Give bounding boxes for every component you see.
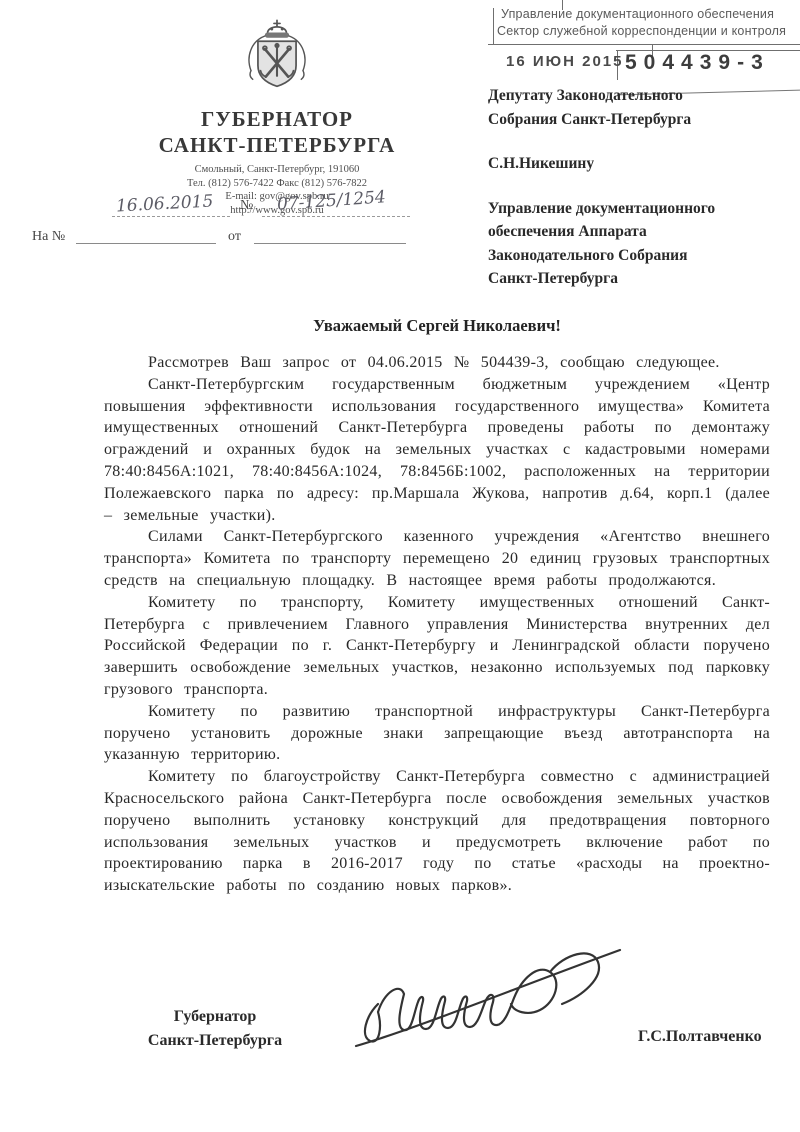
letterhead-title-line2: САНКТ-ПЕТЕРБУРГА: [118, 132, 436, 158]
recipient-line: Санкт-Петербурга: [488, 267, 790, 291]
stamp-department-line: Управление документационного обеспечения: [501, 7, 774, 21]
reply-from-label: от: [228, 229, 241, 245]
date-underline: [112, 216, 230, 217]
letter-paragraph: Силами Санкт-Петербургского казенного уч…: [104, 526, 770, 591]
saint-petersburg-coat-of-arms-icon: [225, 18, 329, 106]
reply-number-line: [76, 243, 216, 244]
scanned-letter-page: Управление документационного обеспечения…: [0, 0, 800, 1132]
recipient-name: С.Н.Никешину: [488, 152, 790, 176]
letterhead-phone: Тел. (812) 576-7422 Факс (812) 576-7822: [118, 177, 436, 191]
stamp-date: 16 ИЮН 2015: [506, 53, 623, 70]
signer-title-line1: Губернатор: [140, 1005, 290, 1029]
stamp-divider-line: [488, 44, 800, 45]
handwritten-signature-icon: [348, 942, 628, 1052]
stamp-sector-line: Сектор служебной корреспонденции и контр…: [497, 24, 786, 38]
reply-number-prefix: На №: [32, 229, 65, 245]
recipient-line: Управление документационного: [488, 197, 790, 221]
letter-paragraph: Рассмотрев Ваш запрос от 04.06.2015 № 50…: [104, 352, 770, 374]
stamp-left-border: [493, 8, 494, 45]
signer-title: Губернатор Санкт-Петербурга: [140, 1005, 290, 1053]
number-underline: [262, 216, 410, 217]
recipient-line: Законодательного Собрания: [488, 244, 790, 268]
letter-paragraph: Комитету по благоустройству Санкт-Петерб…: [104, 766, 770, 897]
recipient-line: Собрания Санкт-Петербурга: [488, 108, 790, 132]
letterhead-address: Смольный, Санкт-Петербург, 191060: [118, 163, 436, 177]
salutation: Уважаемый Сергей Николаевич!: [104, 316, 770, 336]
signer-title-line2: Санкт-Петербурга: [140, 1029, 290, 1053]
recipient-line: Депутату Законодательного: [488, 84, 790, 108]
letter-paragraph: Комитету по развитию транспортной инфрас…: [104, 701, 770, 766]
stamp-incoming-number: 504439-3: [625, 51, 770, 75]
recipient-line: обеспечения Аппарата: [488, 220, 790, 244]
letter-paragraph: Комитету по транспорту, Комитету имущест…: [104, 592, 770, 701]
recipient-block: Депутату Законодательного Собрания Санкт…: [488, 84, 790, 291]
letterhead: ГУБЕРНАТОР САНКТ-ПЕТЕРБУРГА Смольный, Са…: [118, 18, 436, 217]
number-sign: №: [240, 198, 253, 214]
reply-date-line: [254, 243, 406, 244]
letter-paragraph: Санкт-Петербургским государственным бюдж…: [104, 374, 770, 527]
signer-name: Г.С.Полтавченко: [638, 1028, 762, 1046]
letterhead-title-line1: ГУБЕРНАТОР: [118, 106, 436, 132]
letter-body: Рассмотрев Ваш запрос от 04.06.2015 № 50…: [104, 352, 770, 897]
